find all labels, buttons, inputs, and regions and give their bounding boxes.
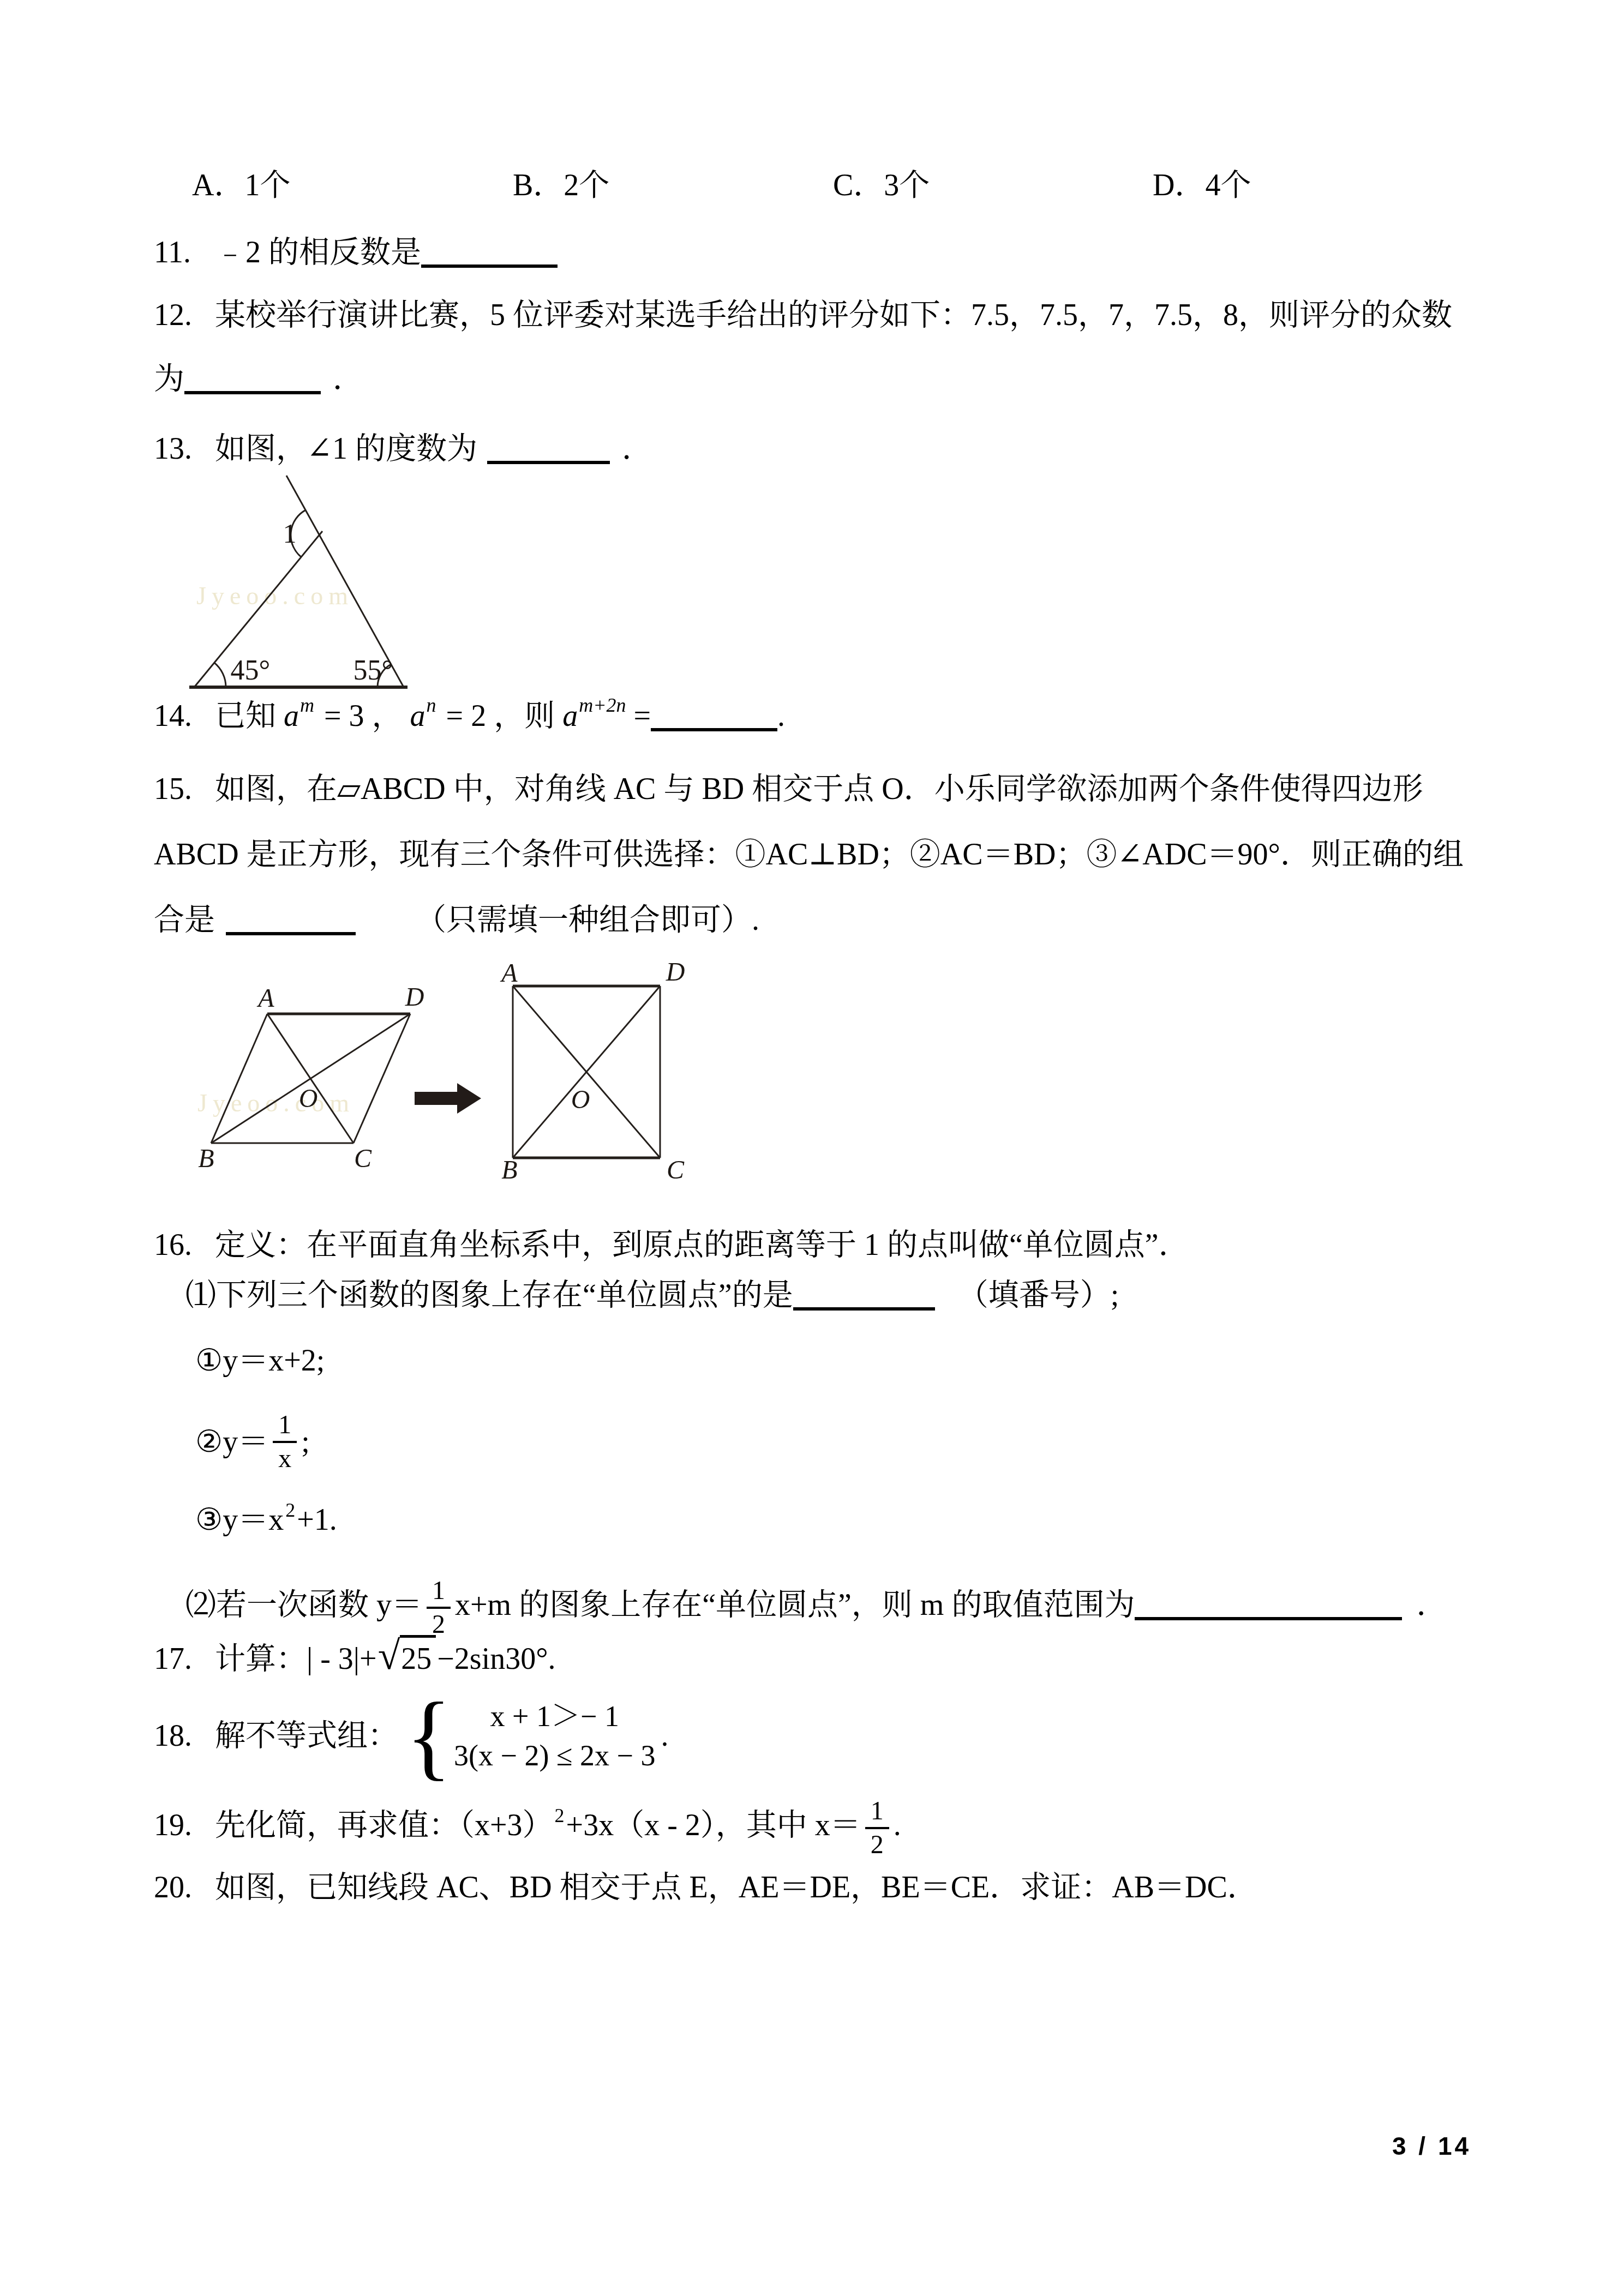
question-17-number: 17. [154,1640,215,1678]
question-16-item3-post: +1. [297,1503,337,1537]
question-15-blank [226,907,356,935]
question-16-text1: 定义：在平面直角坐标系中，到原点的距离等于 1 的点叫做“单位圆点”． [215,1228,1189,1262]
math-exp-m: m [300,694,314,716]
option-b: B．2个 [513,166,609,205]
inequality-system: x + 1＞− 13(x − 2) ≤ 2x − 3 [454,1702,656,1770]
question-13-number: 13. [154,430,215,468]
question-17: 17.计算：| - 3|+√25−2sin30°. [154,1635,556,1678]
parallelogram-label-o: O [299,1084,318,1113]
question-18-period: . [661,1717,669,1755]
angle-55-label: 55° [353,655,393,686]
option-c: C．3个 [833,166,930,205]
question-16-item3: ③y＝x2+1. [195,1501,337,1542]
system-brace: { [406,1702,452,1770]
fraction-denominator: 2 [871,1829,884,1860]
square-root: √25 [378,1635,436,1678]
page-number: 3 / 14 [1392,2131,1471,2161]
question-12-blank [184,366,321,394]
question-19-text: 先化简，再求值：（x+3） [215,1808,553,1842]
question-18: 18.解不等式组：{x + 1＞− 13(x − 2) ≤ 2x − 3. [154,1695,669,1777]
question-16-sub1-post: （填番号）; [958,1278,1119,1312]
question-15-line1: 15.如图，在▱ABCD 中，对角线 AC 与 BD 相交于点 O．小乐同学欲添… [154,770,1423,808]
question-20-text: 如图，已知线段 AC、BD 相交于点 E，AE＝DE，BE＝CE．求证：AB＝D… [215,1871,1258,1904]
math-a1: a [284,699,299,733]
rectangle: A D B C O [500,961,685,1185]
question-14: 14.已知 am = 3 ， an = 2 ，则 am+2n=. [154,697,785,738]
question-16-number: 16. [154,1226,215,1264]
question-15-line3: 合是（只需填一种组合即可）. [154,901,759,939]
question-15-text3: 合是 [154,903,215,937]
rectangle-label-d: D [666,961,685,987]
fraction-denominator: x [278,1443,291,1474]
question-15-text2: ABCD 是正方形，现有三个条件可供选择：①AC⊥BD；②AC＝BD；③∠ADC… [154,838,1464,871]
question-16-item1: ①y＝x+2; [195,1342,325,1380]
question-16-item2-post: ; [301,1423,310,1461]
question-14-period: . [777,699,785,733]
exam-page: A．1个 B．2个 C．3个 D．4个 11.﹣2 的相反数是 12.某校举行演… [0,0,1624,2296]
radicand: 25 [400,1635,436,1678]
question-12-period: ． [333,362,363,396]
question-12-line2: 为． [154,360,363,398]
question-16-item2: ②y＝1x; [195,1407,310,1477]
fraction-numerator: 1 [273,1410,297,1443]
question-12-text2: 为 [154,362,184,396]
math-a3: a [562,699,578,733]
question-14-text1: 已知 [215,699,284,733]
option-a: A．1个 [192,166,290,205]
fraction-numerator: 1 [427,1576,451,1609]
question-16-item1-text: ①y＝x+2; [195,1344,325,1378]
question-19-period: . [894,1808,901,1842]
question-12-line1: 12.某校举行演讲比赛，5 位评委对某选手给出的评分如下：7.5，7.5，7，7… [154,296,1452,334]
question-16-item3-text: ③y＝x [195,1503,284,1537]
arrow-head [457,1083,481,1114]
question-16-sub1-blank [793,1282,935,1311]
fraction-1-over-2: 12 [427,1576,451,1639]
exponent-2: 2 [285,1499,295,1521]
question-12-number: 12. [154,296,215,334]
question-11: 11.﹣2 的相反数是 [154,233,558,272]
question-15-number: 15. [154,770,215,808]
transform-arrow-icon [415,1083,481,1114]
parallelogram-edge-ab [211,1014,267,1143]
question-18-label: 解不等式组： [215,1717,398,1755]
angle-45-arc [214,663,226,687]
question-15-text4: （只需填一种组合即可）. [416,903,759,937]
math-a2: a [410,699,426,733]
question-14-blank [651,703,777,731]
question-15-text1: 如图，在▱ABCD 中，对角线 AC 与 BD 相交于点 O．小乐同学欲添加两个… [215,772,1423,806]
question-13-blank [487,436,610,464]
question-16-item2-text: ②y＝ [195,1423,268,1461]
parallelogram-square-figure: A D B C O A D B C O [196,961,687,1185]
question-19-number: 19. [154,1806,215,1844]
question-12-text: 某校举行演讲比赛，5 位评委对某选手给出的评分如下：7.5，7.5，7，7.5，… [215,298,1452,332]
exponent-2: 2 [555,1805,565,1826]
rectangle-label-a: A [500,961,518,988]
rectangle-label-b: B [501,1156,517,1185]
math-exp-n: n [427,694,436,716]
question-11-text: ﹣2 的相反数是 [215,236,421,269]
question-11-number: 11. [154,233,215,272]
question-11-blank [421,239,558,268]
parallelogram-label-c: C [354,1144,372,1173]
question-13: 13.如图，∠1 的度数为． [154,430,652,468]
question-20-number: 20. [154,1868,215,1907]
triangle-figure: 1 45° 55° [188,470,412,689]
parallelogram-label-d: D [405,983,424,1012]
question-17-post: −2sin30°. [437,1642,555,1676]
question-16-sub2: ⑵若一次函数 y＝12x+m 的图象上存在“单位圆点”，则 m 的取值范围为． [185,1576,1447,1639]
question-13-text: 如图，∠1 的度数为 [215,432,477,466]
question-16-sub1: ⑴下列三个函数的图象上存在“单位圆点”的是（填番号）; [185,1276,1119,1314]
question-17-text: 计算：| - 3|+ [215,1642,377,1676]
parallelogram-diagonal-bd [211,1014,410,1143]
angle-45-label: 45° [231,655,271,686]
question-20: 20.如图，已知线段 AC、BD 相交于点 E，AE＝DE，BE＝CE．求证：A… [154,1868,1258,1907]
question-16-line1: 16.定义：在平面直角坐标系中，到原点的距离等于 1 的点叫做“单位圆点”． [154,1226,1189,1264]
question-14-text2: = 3 ， [316,699,410,733]
question-16-sub2-blank [1135,1592,1402,1620]
fraction-numerator: 1 [865,1796,889,1829]
parallelogram-label-b: B [198,1144,214,1173]
question-15-line2: ABCD 是正方形，现有三个条件可供选择：①AC⊥BD；②AC＝BD；③∠ADC… [154,836,1464,874]
question-19-mid: +3x（x - 2），其中 x＝ [566,1808,861,1842]
question-16-sub2-period: ． [1416,1588,1447,1622]
option-d: D．4个 [1153,166,1251,205]
question-16-sub2-text: ⑵若一次函数 y＝ [185,1588,422,1622]
arrow-shaft [415,1092,457,1105]
rectangle-label-c: C [667,1156,685,1185]
question-14-equals: = [633,699,651,733]
inequality-row2: 3(x − 2) ≤ 2x − 3 [454,1741,656,1770]
fraction-1-over-x: 1x [273,1410,297,1474]
fraction-1-over-2: 12 [865,1796,889,1860]
question-14-number: 14. [154,697,215,735]
question-19: 19.先化简，再求值：（x+3）2+3x（x - 2），其中 x＝12. [154,1796,901,1860]
question-14-text3: = 2 ，则 [439,699,563,733]
question-13-period: ． [622,432,652,466]
question-16-sub2-mid: x+m 的图象上存在“单位圆点”，则 m 的取值范围为 [455,1588,1135,1622]
question-16-sub1-text: ⑴下列三个函数的图象上存在“单位圆点”的是 [185,1278,793,1312]
angle-1-label: 1 [283,518,297,549]
question-18-number: 18. [154,1717,215,1755]
parallelogram-label-a: A [256,984,274,1013]
rectangle-label-o: O [571,1085,590,1114]
math-exp-m2n: m+2n [579,694,626,716]
inequality-row1: x + 1＞− 1 [490,1702,619,1731]
parallelogram: A D B C O [198,983,424,1173]
